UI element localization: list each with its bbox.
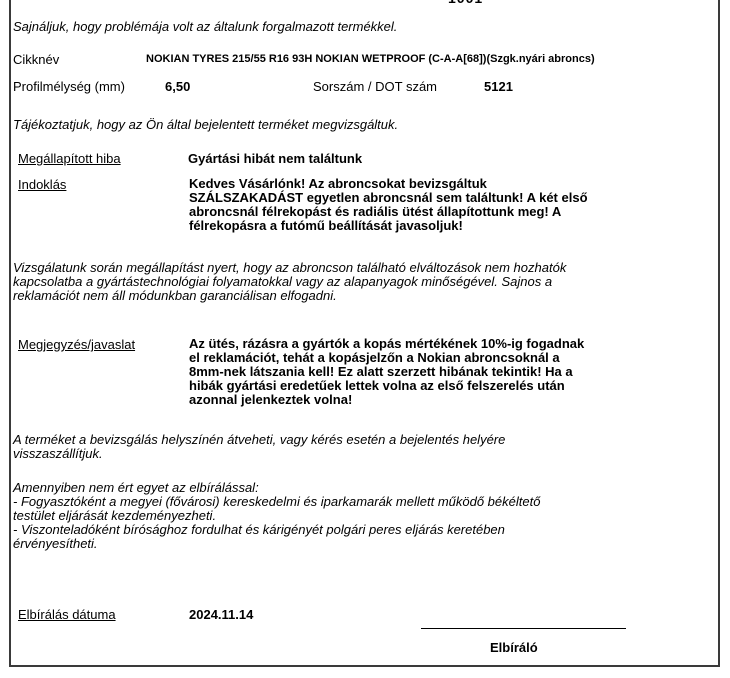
inspected-note: Tájékoztatjuk, hogy az Ön által bejelent…	[13, 117, 398, 132]
pickup-line: visszaszállítjuk.	[13, 447, 505, 461]
conclusion-line: kapcsolatba a gyártástechnológiai folyam…	[13, 275, 566, 289]
remark-line: el reklamációt, tehát a kopásjelzőn a No…	[189, 351, 584, 365]
intro-text: Sajnáljuk, hogy problémája volt az által…	[13, 19, 397, 34]
serial-value: 5121	[484, 79, 513, 94]
conclusion-line: Vizsgálatunk során megállapítást nyert, …	[13, 261, 566, 275]
remark-line: azonnal jelenkeztek volna!	[189, 393, 584, 407]
decision-date-label: Elbírálás dátuma	[18, 607, 116, 622]
conclusion-text: Vizsgálatunk során megállapítást nyert, …	[13, 261, 566, 303]
conclusion-line: reklamációt nem áll módunkban garanciáli…	[13, 289, 566, 303]
signature-line	[421, 628, 626, 629]
reason-line: félrekopásra a futómű beállítását javaso…	[189, 219, 588, 233]
disagree-line: testület eljárását kezdeményezheti.	[13, 509, 540, 523]
tread-depth-value: 6,50	[165, 79, 190, 94]
remark-line: hibák gyártási eredetűek lettek volna az…	[189, 379, 584, 393]
cut-off-header-text: 1001	[448, 0, 483, 6]
disagree-line: Amennyiben nem ért egyet az elbírálással…	[13, 481, 540, 495]
product-label: Cikknév	[13, 52, 59, 67]
finding-label: Megállapított hiba	[18, 151, 121, 166]
reason-text: Kedves Vásárlónk! Az abroncsokat bevizsg…	[189, 177, 588, 233]
remark-line: Az ütés, rázásra a gyártók a kopás mérté…	[189, 337, 584, 351]
pickup-line: A terméket a bevizsgálás helyszínén átve…	[13, 433, 505, 447]
serial-label: Sorszám / DOT szám	[313, 79, 437, 94]
tread-depth-label: Profilmélység (mm)	[13, 79, 125, 94]
disagree-line: - Viszonteladóként bírósághoz fordulhat …	[13, 523, 540, 537]
signature-label: Elbíráló	[490, 640, 538, 655]
reason-line: Kedves Vásárlónk! Az abroncsokat bevizsg…	[189, 177, 588, 191]
remark-label: Megjegyzés/javaslat	[18, 337, 135, 352]
disagree-line: - Fogyasztóként a megyei (fővárosi) kere…	[13, 495, 540, 509]
disagree-line: érvényesítheti.	[13, 537, 540, 551]
finding-value: Gyártási hibát nem találtunk	[188, 151, 362, 166]
reason-line: SZÁLSZAKADÁST egyetlen abroncsnál sem ta…	[189, 191, 588, 205]
pickup-text: A terméket a bevizsgálás helyszínén átve…	[13, 433, 505, 461]
document-frame	[9, 0, 720, 667]
reason-label: Indoklás	[18, 177, 66, 192]
remark-text: Az ütés, rázásra a gyártók a kopás mérté…	[189, 337, 584, 407]
decision-date-value: 2024.11.14	[189, 607, 253, 622]
reason-line: abroncsnál félrekopást és radiális ütést…	[189, 205, 588, 219]
remark-line: 8mm-nek látszania kell! Ez alatt szerzet…	[189, 365, 584, 379]
disagree-text: Amennyiben nem ért egyet az elbírálással…	[13, 481, 540, 551]
product-value: NOKIAN TYRES 215/55 R16 93H NOKIAN WETPR…	[146, 53, 595, 65]
